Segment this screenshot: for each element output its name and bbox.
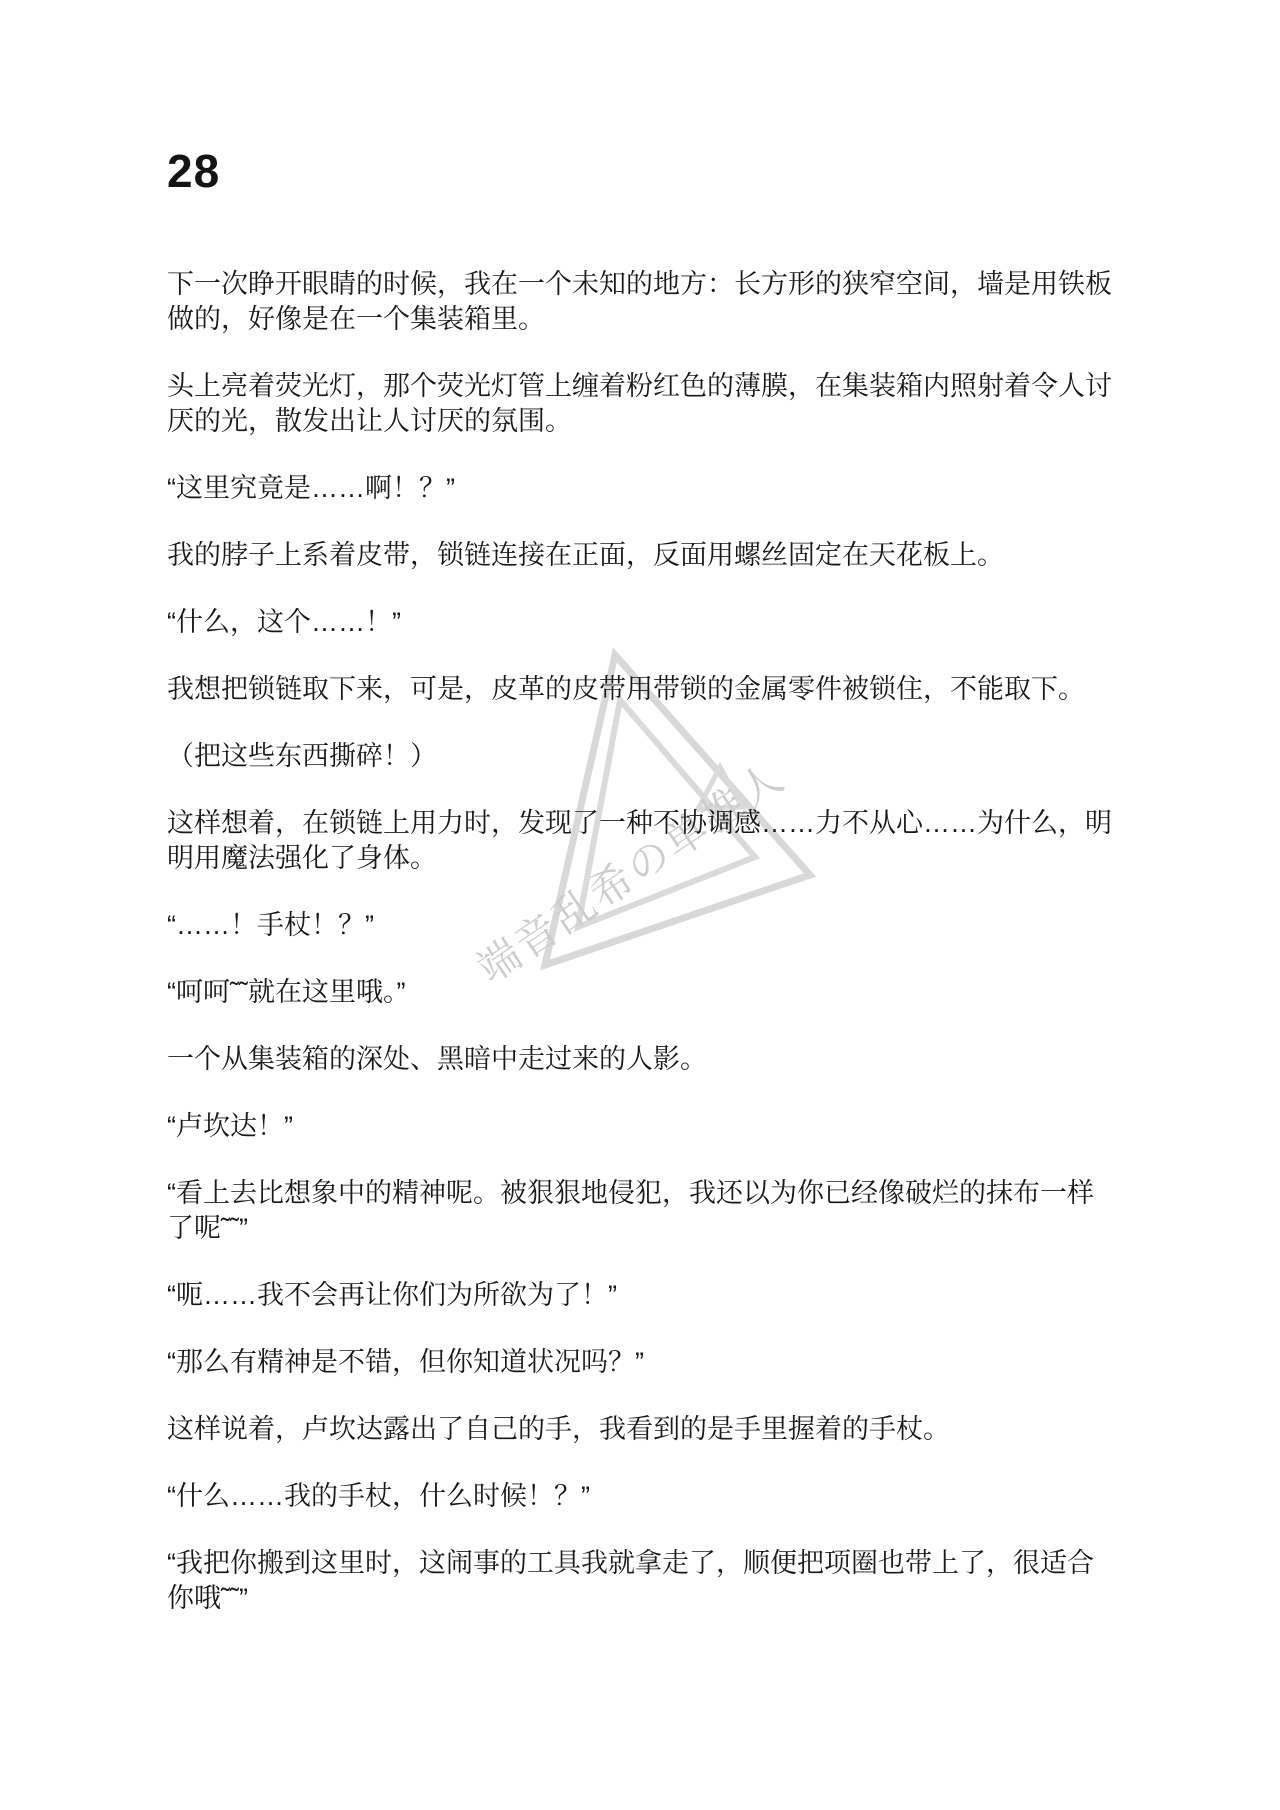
document-page: 端音乱希の单推人 28 下一次睁开眼睛的时候，我在一个未知的地方：长方形的狭窄空… [0, 0, 1280, 1810]
paragraph-thought: （把这些东西撕碎！） [167, 739, 1113, 774]
paragraph: 一个从集装箱的深处、黑暗中走过来的人影。 [167, 1042, 1113, 1077]
paragraph-dialogue: “呃……我不会再让你们为所欲为了！” [167, 1278, 1113, 1313]
paragraph-dialogue: “什么……我的手杖，什么时候！？” [167, 1479, 1113, 1514]
paragraph: 这样说着，卢坎达露出了自己的手，我看到的是手里握着的手杖。 [167, 1412, 1113, 1447]
paragraph-dialogue: “……！手杖！？” [167, 908, 1113, 943]
paragraph: 这样想着，在锁链上用力时，发现了一种不协调感……力不从心……为什么，明明用魔法强… [167, 806, 1113, 876]
paragraph-dialogue: “这里究竟是……啊！？” [167, 471, 1113, 506]
paragraph: 我的脖子上系着皮带，锁链连接在正面，反面用螺丝固定在天花板上。 [167, 538, 1113, 573]
paragraph-dialogue: “看上去比想象中的精神呢。被狠狠地侵犯，我还以为你已经像破烂的抹布一样了呢˜˜” [167, 1176, 1113, 1246]
paragraph-dialogue: “卢坎达！” [167, 1109, 1113, 1144]
chapter-number: 28 [167, 148, 1113, 194]
paragraph: 下一次睁开眼睛的时候，我在一个未知的地方：长方形的狭窄空间，墙是用铁板做的，好像… [167, 267, 1113, 337]
paragraph: 头上亮着荧光灯，那个荧光灯管上缠着粉红色的薄膜，在集装箱内照射着令人讨厌的光，散… [167, 369, 1113, 439]
paragraph-dialogue: “什么，这个……！” [167, 605, 1113, 640]
paragraph-dialogue: “呵呵˜˜就在这里哦。” [167, 975, 1113, 1010]
paragraph-dialogue: “我把你搬到这里时，这闹事的工具我就拿走了，顺便把项圈也带上了，很适合你哦˜˜” [167, 1546, 1113, 1616]
paragraph-dialogue: “那么有精神是不错，但你知道状况吗？” [167, 1345, 1113, 1380]
paragraph: 我想把锁链取下来，可是，皮革的皮带用带锁的金属零件被锁住，不能取下。 [167, 672, 1113, 707]
chapter-content: 28 下一次睁开眼睛的时候，我在一个未知的地方：长方形的狭窄空间，墙是用铁板做的… [167, 148, 1113, 1648]
